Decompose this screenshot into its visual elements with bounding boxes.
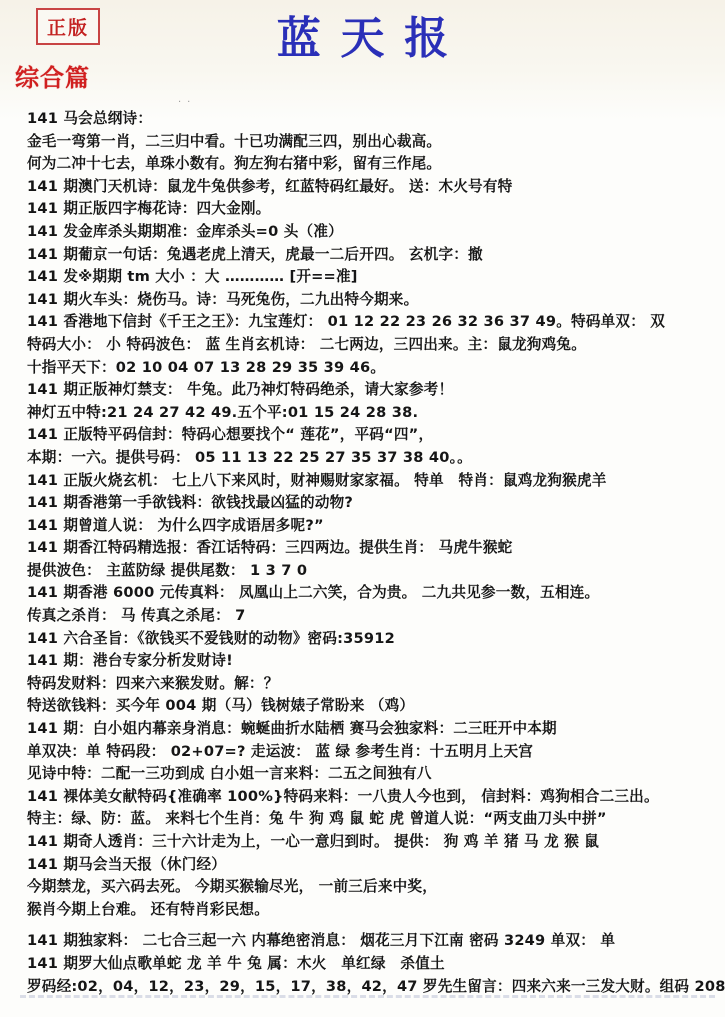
text-line: 141 期正版四字梅花诗：四大金刚。: [27, 198, 721, 221]
text-line: 十指平天下：02 10 04 07 13 28 29 35 39 46。: [27, 357, 721, 380]
bottom-divider: [20, 995, 715, 998]
text-line: 141 期独家料： 二七合三起一六 内幕绝密消息： 烟花三月下江南 密码 324…: [27, 930, 721, 953]
text-line: 141 发金库杀头期期准：金库杀头=0 头（准）: [27, 221, 721, 244]
text-line: 141 正版特平码信封：特码心想要找个“ 莲花”，平码“四”，: [27, 424, 721, 447]
text-line: 何为二冲十七去，单珠小数有。狗左狗右猪中彩，留有三作尾。: [27, 153, 721, 176]
text-line: 141 期曾道人说： 为什么四字成语居多呢?”: [27, 515, 721, 538]
text-line: 特码大小： 小 特码波色： 蓝 生肖玄机诗： 二七两边，三四出来。主：鼠龙狗鸡兔…: [27, 334, 721, 357]
text-line: 141 期香江特码精选报：香江话特码：三四两边。提供生肖： 马虎牛猴蛇: [27, 537, 721, 560]
text-line: 特主：绿、防：蓝。 来料七个生肖：兔 牛 狗 鸡 鼠 蛇 虎 曾道人说：“两支曲…: [27, 808, 721, 831]
text-line: 141 六合圣旨：《欲钱买不爱钱财的动物》密码:35912: [27, 628, 721, 651]
text-line: 本期：一六。提供号码： 05 11 13 22 25 27 35 37 38 4…: [27, 447, 721, 470]
text-line: 141 期马会当天报（休门经）: [27, 854, 721, 877]
text-line: 141 期：白小姐内幕亲身消息：蜿蜒曲折水陆栖 赛马会独家料：二三旺开中本期: [27, 718, 721, 741]
text-line: 141 期：港台专家分析发财诗!: [27, 650, 721, 673]
text-line: 141 期澳门天机诗：鼠龙牛兔供参考，红蓝特码红最好。 送：木火号有特: [27, 176, 721, 199]
text-line: 提供波色： 主蓝防绿 提供尾数： 1 3 7 0: [27, 560, 721, 583]
report-page: 正版 蓝天报 综合篇 ·· 141 马会总纲诗：金毛一弯第一肖，二三归中看。十已…: [0, 0, 725, 1017]
page-title: 蓝天报: [0, 2, 725, 66]
text-line: 神灯五中特:21 24 27 42 49.五个平:01 15 24 28 38.: [27, 402, 721, 425]
section-title: 综合篇: [15, 58, 90, 93]
text-line: 141 发※期期 tm 大小 ：大 ………… [开==准]: [27, 266, 721, 289]
text-line: 猴肖今期上台难。 还有特肖彩民想。: [27, 899, 721, 922]
text-line: 141 马会总纲诗：: [27, 108, 721, 131]
text-line: 141 期火车头：烧伤马。诗：马死兔伤，二九出特今期来。: [27, 289, 721, 312]
text-line: 特码发财料：四来六来猴发财。解：？: [27, 673, 721, 696]
text-line: 141 期罗大仙点歌单蛇 龙 羊 牛 兔 属：木火 单红绿 杀值土: [27, 953, 721, 976]
text-line: 141 期葡京一句话：兔遇老虎上清天，虎最一二后开四。 玄机字：撤: [27, 244, 721, 267]
scan-noise-dots: ··: [178, 97, 196, 108]
text-line: 141 期正版神灯禁支： 牛兔。此乃神灯特码绝杀，请大家参考！: [27, 379, 721, 402]
text-line: 141 正版火烧玄机： 七上八下来风时，财神赐财家家福。 特单 特肖：鼠鸡龙狗猴…: [27, 470, 721, 493]
text-line: 金毛一弯第一肖，二三归中看。十已功满配三四，别出心裁高。: [27, 131, 721, 154]
text-line: 141 期奇人透肖：三十六计走为上，一心一意归到时。 提供： 狗 鸡 羊 猪 马…: [27, 831, 721, 854]
text-line: 传真之杀肖： 马 传真之杀尾： 7: [27, 605, 721, 628]
text-line: 141 期香港第一手欲钱料：欲钱找最凶猛的动物?: [27, 492, 721, 515]
text-line: 见诗中特：二配一三功到成 白小姐一言来料：二五之间独有八: [27, 763, 721, 786]
text-line: 141 香港地下信封《千王之王》：九宝莲灯： 01 12 22 23 26 32…: [27, 311, 721, 334]
text-line: 141 裸体美女献特码{准确率 100%}特码来料：一八贵人今也到， 信封料：鸡…: [27, 786, 721, 809]
text-line: 特送欲钱料：买今年 004 期（马）钱树婊子常盼来 （鸡）: [27, 695, 721, 718]
text-line: 141 期香港 6000 元传真料： 凤凰山上二六笑，合为贵。 二九共见参一数，…: [27, 582, 721, 605]
content-lines: 141 马会总纲诗：金毛一弯第一肖，二三归中看。十已功满配三四，别出心裁高。何为…: [27, 108, 721, 998]
text-line: 今期禁龙，买六码去死。 今期买猴输尽光， 一前三后来中奖，: [27, 876, 721, 899]
text-line: 单双决：单 特码段： 02+07=? 走运波： 蓝 绿 参考生肖：十五明月上天宫: [27, 741, 721, 764]
